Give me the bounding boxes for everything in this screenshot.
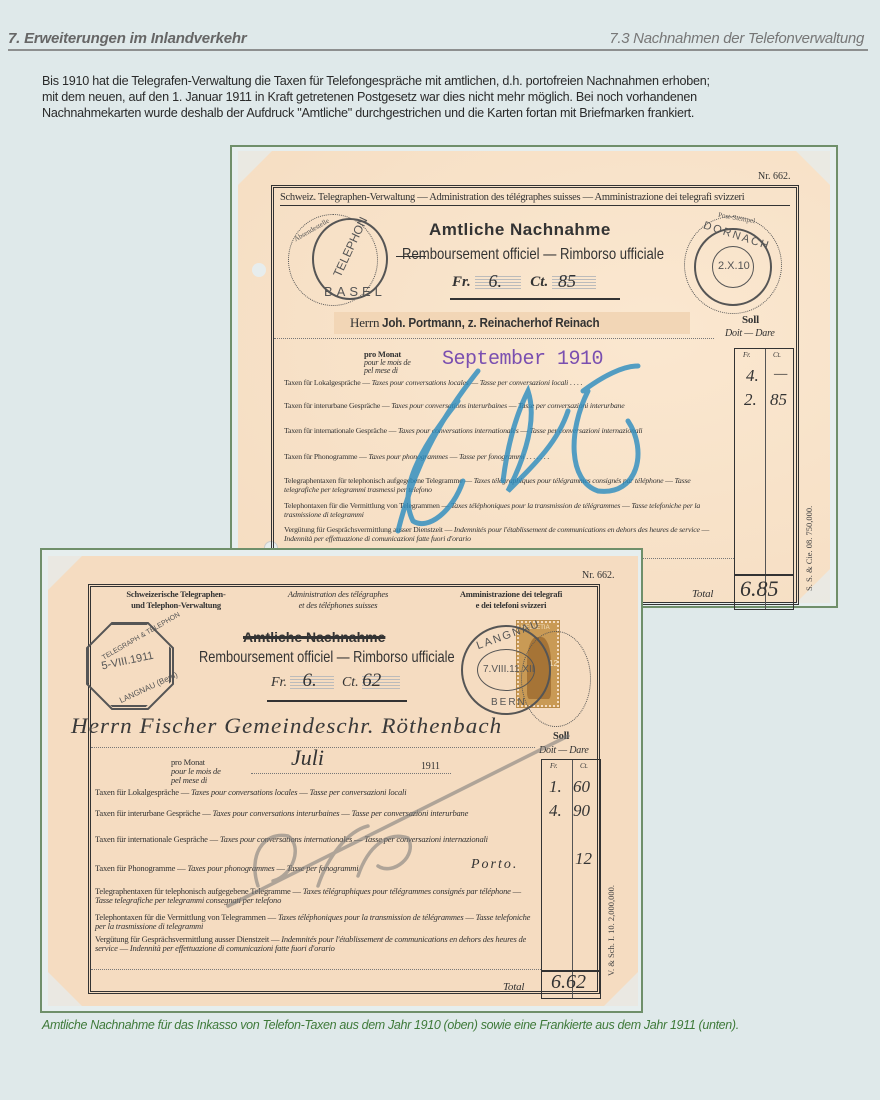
fee-row-after-hours: Vergütung für Gesprächsvermittlung ausse… — [95, 935, 535, 953]
form-subtitle: Remboursement officiel — Rimborso uffici… — [402, 246, 664, 264]
admin-fr: Administration des télégrapheset des tél… — [263, 589, 413, 611]
fee-row-after-hours: Vergütung für Gesprächsvermittlung ausse… — [284, 525, 714, 543]
intro-paragraph: Bis 1910 hat die Telegrafen-Verwaltung d… — [42, 73, 842, 121]
month-label: pro Monat pour le mois de pel mese di — [364, 350, 411, 376]
fee-amount-fr: 2. — [744, 390, 757, 410]
printer-imprint: V. & Sch. I. 10. 2,000,000. — [606, 885, 616, 976]
form-frame: Schweiz. Telegraphen-Verwaltung — Admini… — [271, 185, 799, 605]
ct-box: 85 — [552, 276, 596, 290]
total-value: 6.62 — [551, 971, 586, 994]
amount-line: Fr. 6. Ct. 85 — [452, 274, 596, 291]
fee-row-telegram-phone: Telegraphentaxen für telephonisch aufgeg… — [95, 887, 535, 905]
addressee-name: Joh. Portmann, z. Reinacherhof Reinach — [382, 315, 599, 330]
fee-row-local: Taxen für Lokalgespräche — Taxes pour co… — [95, 787, 406, 797]
fee-amount-fr: 1. — [549, 777, 562, 797]
ct-box: 62 — [362, 676, 400, 690]
addressee-dotted-line — [274, 338, 714, 339]
form-number: Nr. 662. — [582, 570, 615, 581]
fee-row-international: Taxen für internationale Gespräche — Tax… — [95, 835, 535, 844]
photo-corner — [796, 151, 830, 185]
card-1910: Nr. 662. Schweiz. Telegraphen-Verwaltung… — [238, 151, 830, 603]
fee-row-local: Taxen für Lokalgespräche — Taxes pour co… — [284, 378, 582, 387]
ct-value: 62 — [362, 670, 381, 692]
form-title-struck: Amtliche Nachnahme — [243, 629, 385, 645]
col-header-ct: Ct. — [580, 762, 588, 770]
fee-row-telephone-transmission: Telephontaxen für die Vermittlung von Te… — [284, 501, 714, 519]
fee-row-phonogram: Taxen für Phonogramme — Taxes pour phono… — [95, 863, 358, 873]
month-dotted-line — [251, 773, 451, 774]
page-header: 7. Erweiterungen im Inlandverkehr 7.3 Na… — [8, 25, 868, 51]
card-1911: Nr. 662. Schweizerische Telegraphen-und … — [48, 556, 638, 1006]
post-stamp-date: 2.X.10 — [718, 260, 750, 272]
total-value: 6.85 — [740, 576, 779, 602]
intro-line: Bis 1910 hat die Telegrafen-Verwaltung d… — [42, 73, 842, 89]
fee-amount-ct: 60 — [573, 777, 590, 797]
doit-dare-label: Doit — Dare — [725, 328, 775, 339]
fee-amount-fr: 4. — [549, 801, 562, 821]
porto-note: Porto. — [471, 857, 518, 873]
col-header-fr: Fr. — [743, 351, 750, 359]
photo-corner — [238, 151, 272, 185]
fee-amount-ct: 90 — [573, 801, 590, 821]
addressee-line: Herrn Joh. Portmann, z. Reinacherhof Rei… — [350, 315, 624, 331]
subtitle-strike — [396, 256, 426, 257]
ct-value: 85 — [558, 271, 576, 292]
ct-label: Ct. — [530, 274, 548, 290]
photo-corner — [48, 556, 82, 590]
fee-row-phonogram: Taxen für Phonogramme — Taxes pour phono… — [284, 452, 549, 461]
fee-row-telegram-phone: Telegraphentaxen für telephonisch aufgeg… — [284, 476, 714, 494]
amount-column: Fr. Ct. — [734, 348, 794, 610]
fee-amount-fr: 4. — [746, 366, 759, 386]
fr-box: 6. — [290, 676, 334, 690]
fee-row-international: Taxen für internationale Gespräche — Tax… — [284, 426, 642, 435]
fr-label: Fr. — [271, 675, 287, 690]
month-value: Juli — [291, 745, 324, 771]
printer-imprint: S. S. & Cie. 08. 750,000. — [804, 506, 814, 591]
mount-frame-1911: Nr. 662. Schweizerische Telegraphen-und … — [40, 548, 643, 1013]
fee-row-interurban: Taxen für interurbane Gespräche — Taxes … — [95, 809, 535, 818]
month-value-stamp: September 1910 — [442, 348, 603, 371]
punch-hole — [252, 263, 266, 277]
fee-row-interurban: Taxen für interurbane Gespräche — Taxes … — [284, 401, 625, 410]
addressee-prefix: Herrn — [350, 315, 379, 330]
month-label: pro Monat pour le mois de pel mese di — [171, 758, 221, 785]
fr-value: 6. — [489, 271, 503, 292]
photo-corner — [604, 972, 638, 1006]
amount-underline — [450, 298, 620, 300]
form-number: Nr. 662. — [758, 171, 791, 182]
col-header-fr: Fr. — [550, 762, 557, 770]
photo-corner — [48, 972, 82, 1006]
fr-label: Fr. — [452, 274, 471, 290]
fee-amount-ct: 12 — [575, 849, 592, 869]
chapter-title: 7. Erweiterungen im Inlandverkehr — [8, 30, 246, 47]
total-dotted-line — [91, 969, 541, 970]
figure-caption: Amtliche Nachnahme für das Inkasso von T… — [42, 1018, 739, 1032]
ct-label: Ct. — [342, 675, 359, 690]
post-stamp-date: 7.VIII.11.XII — [483, 664, 535, 675]
amount-underline — [267, 700, 407, 702]
col-header-ct: Ct. — [773, 351, 781, 359]
fee-amount-ct: 85 — [770, 390, 787, 410]
form-frame: Schweizerische Telegraphen-und Telephon-… — [88, 584, 600, 994]
addressee-handwritten: Herrn Fischer Gemeindeschr. Röthenbach — [71, 713, 502, 739]
fee-amount-ct: — — [774, 366, 787, 383]
admin-de: Schweizerische Telegraphen-und Telephon-… — [101, 589, 251, 611]
mount-frame-1910: Nr. 662. Schweiz. Telegraphen-Verwaltung… — [230, 145, 838, 608]
fee-row-telephone-transmission: Telephontaxen für die Vermittlung von Te… — [95, 913, 535, 931]
year-value: 1911 — [421, 761, 440, 772]
soll-label: Soll — [553, 731, 569, 742]
sender-stamp-bottom: BASEL — [324, 284, 386, 299]
post-stamp-region: BERN — [491, 697, 527, 708]
fr-box: 6. — [475, 276, 521, 290]
amount-line: Fr. 6. Ct. 62 — [271, 675, 400, 691]
fr-value: 6. — [302, 670, 316, 692]
doit-dare-label: Doit — Dare — [539, 745, 589, 756]
total-label: Total — [692, 588, 713, 600]
post-stamp-ring — [521, 631, 591, 727]
intro-line: mit dem neuen, auf den 1. Januar 1911 in… — [42, 89, 842, 105]
intro-line: Nachnahmekarten wurde deshalb der Aufdru… — [42, 105, 842, 121]
soll-label: Soll — [742, 314, 759, 326]
form-title: Amtliche Nachnahme — [429, 220, 611, 240]
section-title: 7.3 Nachnahmen der Telefonverwaltung — [609, 30, 864, 47]
admin-it: Amministrazione dei telegrafie dei telef… — [431, 589, 591, 611]
administration-line: Schweiz. Telegraphen-Verwaltung — Admini… — [280, 192, 790, 206]
total-label: Total — [503, 981, 524, 993]
column-divider — [765, 349, 766, 609]
form-subtitle: Remboursement officiel — Rimborso uffici… — [199, 649, 455, 667]
